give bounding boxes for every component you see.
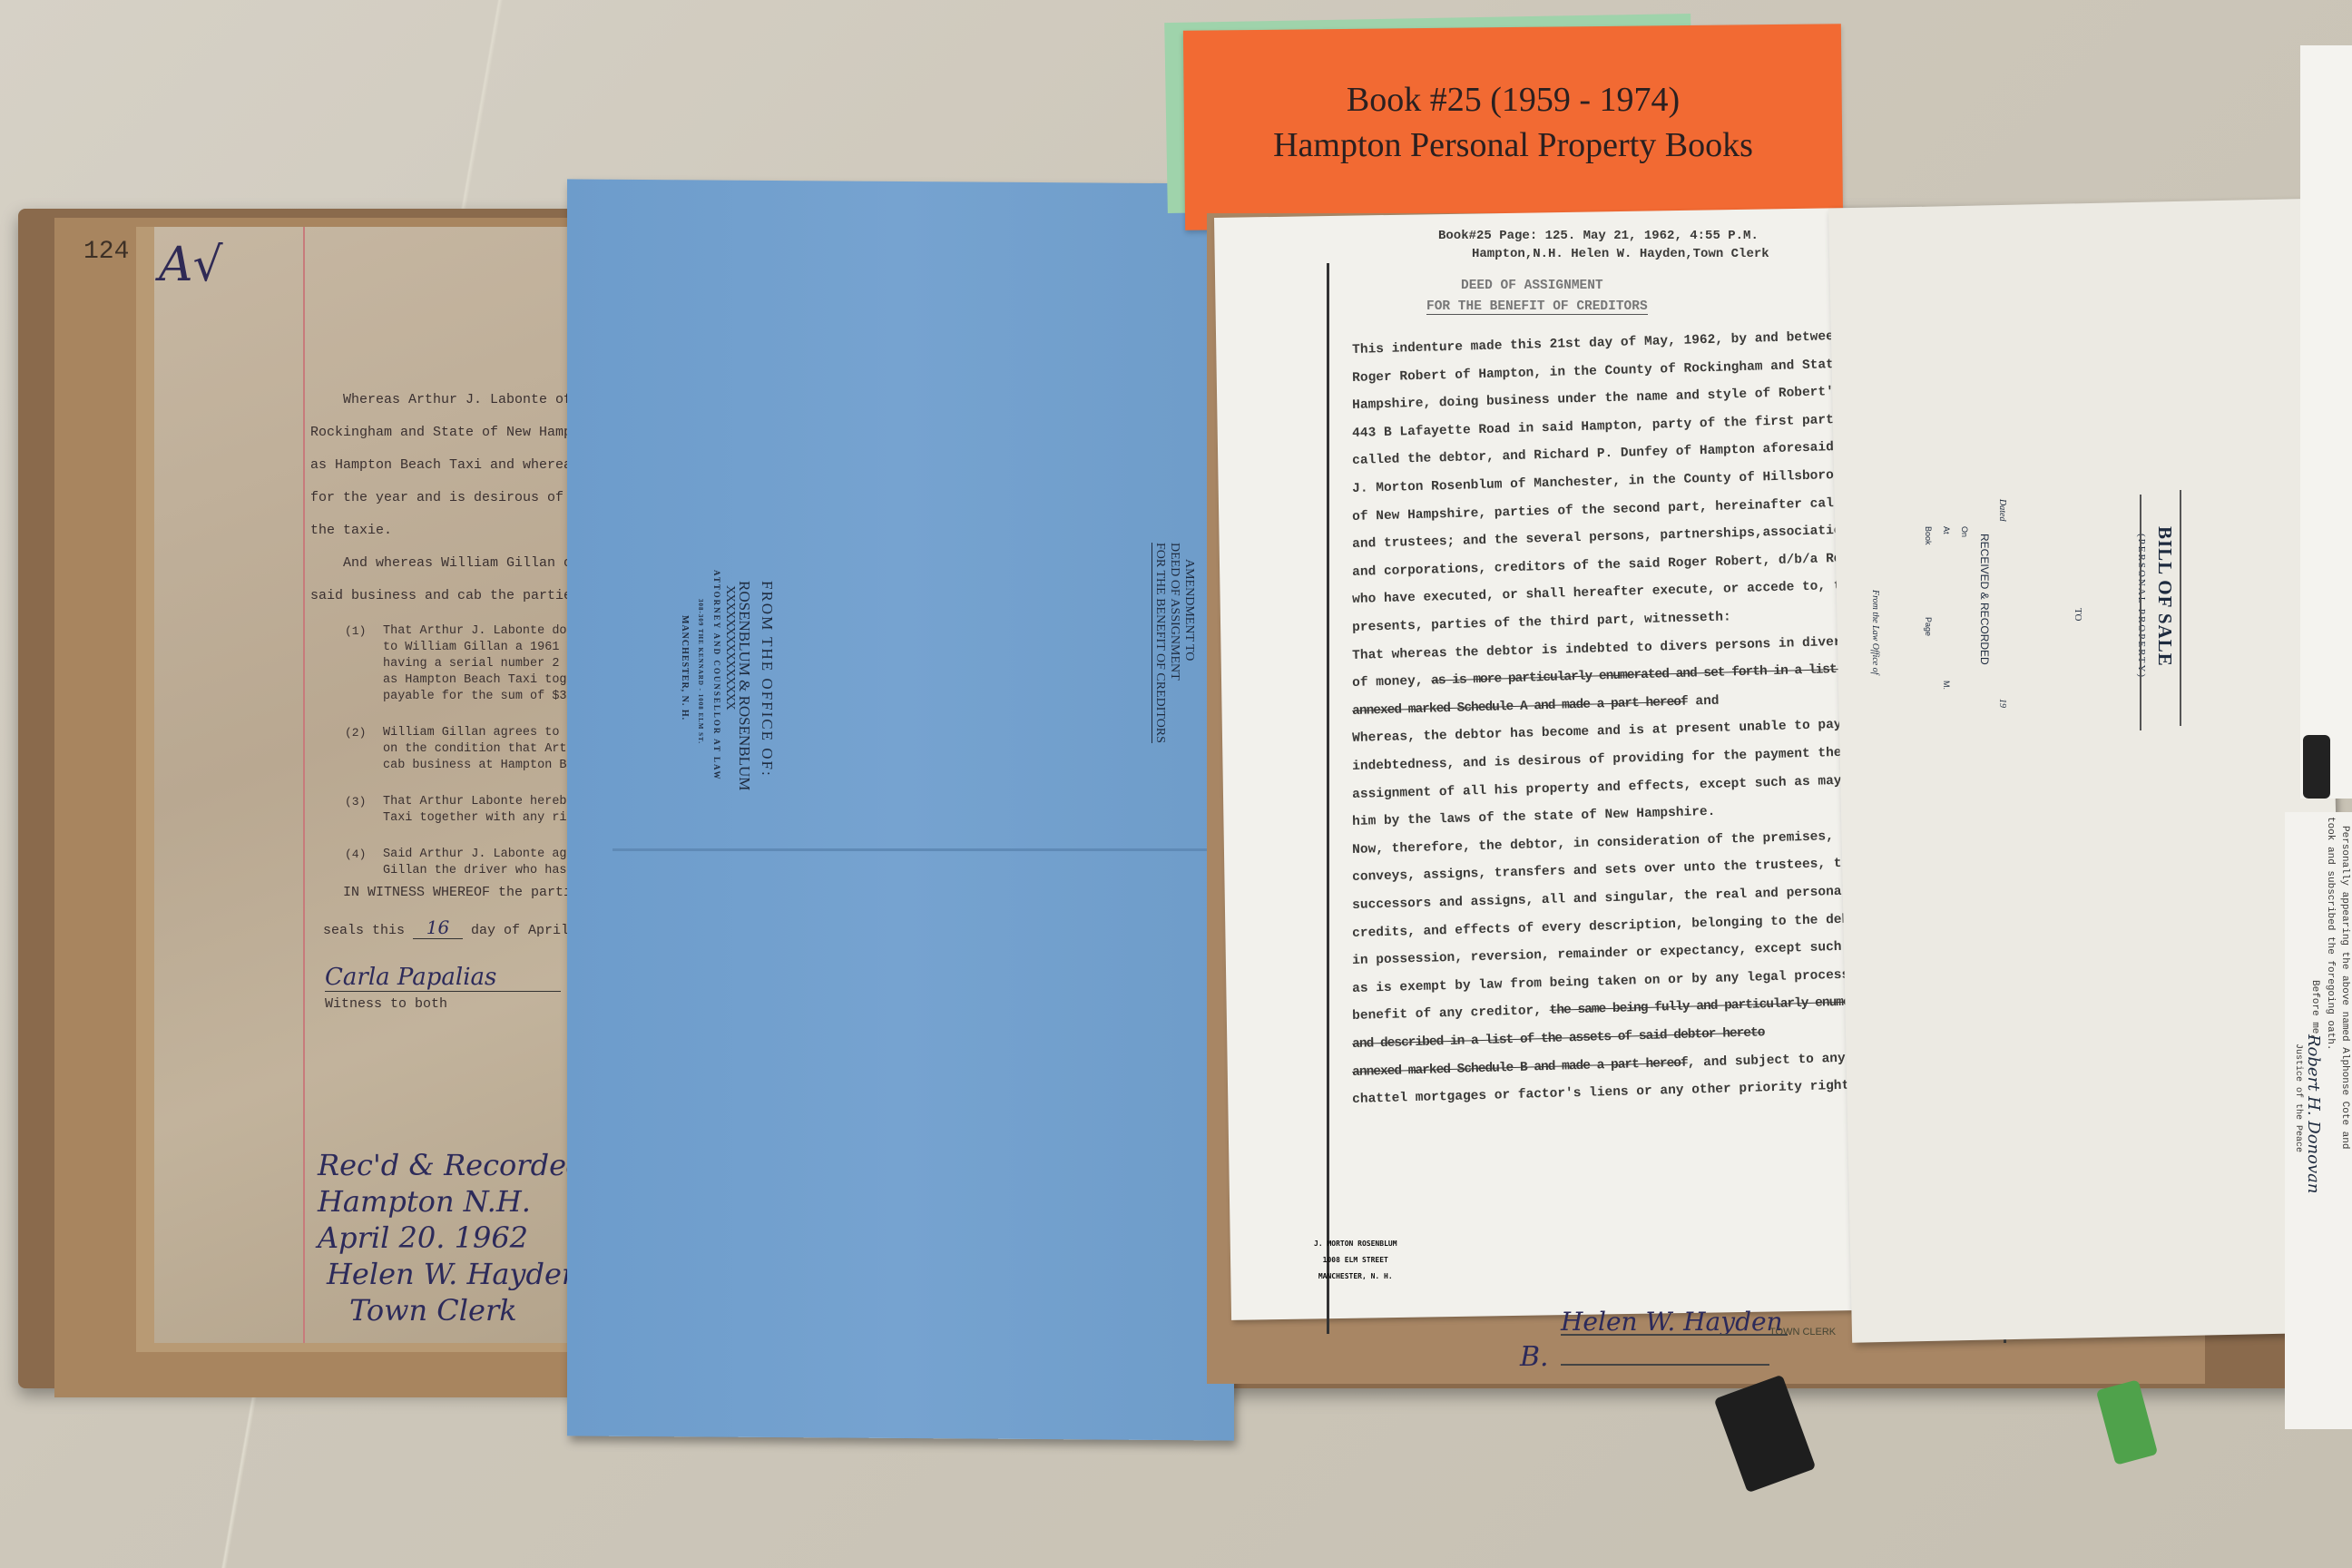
affidavit-line2: took and subscribed the foregoing oath.: [2325, 817, 2336, 1050]
dated-label: Dated: [1997, 499, 2007, 521]
firm-address: 308-309 THE KENNARD - 1008 ELM ST.: [697, 599, 704, 744]
received-recorded-label: RECEIVED & RECORDED: [1978, 534, 1991, 665]
affidavit-line1: Personally appearing the above named Alp…: [2339, 826, 2350, 1149]
clerk-signature-line: [1561, 1334, 1788, 1336]
bill-of-sale-subtitle: (PERSONAL PROPERTY): [2136, 534, 2147, 679]
at-label: At: [1942, 526, 1951, 534]
clause-number: (2): [345, 726, 366, 740]
from-office-label: FROM THE OFFICE OF:: [758, 581, 776, 778]
clerk-signature: Helen W. Hayden: [1561, 1307, 1783, 1337]
recording-stamp-line2: Hampton,N.H. Helen W. Hayden,Town Clerk: [1472, 247, 1769, 261]
law-office-edge-text: From the Law Office of: [1870, 590, 1880, 675]
clerk-caption: TOWN CLERK: [1769, 1327, 1836, 1338]
margin-rule: [1327, 263, 1329, 1334]
clause-number: (3): [345, 795, 366, 808]
firm-name: ROSENBLUM & ROSENBLUM: [735, 581, 753, 790]
bill-of-sale-form: [1828, 199, 2347, 1343]
page-number: 124: [83, 238, 129, 266]
book-number-label: Book #25 (1959 - 1974): [1184, 80, 1842, 120]
deed-title: DEED OF ASSIGNMENT: [1461, 279, 1603, 293]
firm-title: ATTORNEY AND COUNSELLOR AT LAW: [712, 570, 721, 781]
seals-prefix: seals this: [323, 923, 405, 938]
recorded-note-line: April 20. 1962: [318, 1220, 528, 1255]
clause-line: having a serial number 2 E 76: [383, 657, 596, 671]
firm-city: MANCHESTER, N. H.: [680, 615, 690, 720]
deed-subtitle: FOR THE BENEFIT OF CREDITORS: [1426, 299, 1648, 315]
recorded-note-line: Hampton N.H.: [318, 1184, 531, 1219]
firm-name-struck: XXXXXXXXXXXXXXX: [722, 585, 737, 710]
book-collection-label: Hampton Personal Property Books: [1184, 125, 1842, 165]
paper-strip: [2300, 45, 2352, 799]
binder-clip[interactable]: [2303, 735, 2330, 799]
letterhead-street: 1008 ELM STREET: [1314, 1252, 1397, 1269]
year-label: 19: [1997, 699, 2007, 708]
clause-number: (4): [345, 848, 366, 861]
seals-day: 16: [413, 916, 463, 939]
recorded-note-line: Town Clerk: [349, 1293, 517, 1328]
money-prefix: of money,: [1352, 674, 1431, 691]
cover-title-line: AMENDMENT TO: [1181, 559, 1196, 661]
title-rule-right: [2180, 490, 2181, 726]
cover-title-line: FOR THE BENEFIT OF CREDITORS: [1151, 543, 1167, 743]
check-mark-annotation: A√: [159, 238, 223, 292]
agreement-line: the taxie.: [310, 523, 392, 538]
margin-mark: B.: [1520, 1341, 1549, 1373]
attorney-letterhead: J. MORTON ROSENBLUM 1008 ELM STREET MANC…: [1314, 1236, 1397, 1285]
letterhead-city: MANCHESTER, N. H.: [1314, 1269, 1397, 1285]
justice-signature: Robert H. Donovan: [2304, 1034, 2323, 1193]
clause-number: (1): [345, 624, 366, 638]
witness-signature: Carla Papalias: [325, 964, 561, 992]
line-suffix: and: [1688, 694, 1720, 710]
m-label: M.: [1942, 681, 1951, 690]
clause-line: as Hampton Beach Taxi togeth: [383, 673, 589, 687]
recording-stamp-line1: Book#25 Page: 125. May 21, 1962, 4:55 P.…: [1438, 229, 1759, 243]
bill-of-sale-title: BILL OF SALE: [2153, 526, 2176, 667]
agreement-line: Rockingham and State of New Hampshir: [310, 425, 604, 440]
blue-legal-cover: [567, 179, 1234, 1440]
recorded-note-line: Helen W. Hayden: [327, 1257, 581, 1291]
cover-fold-line: [612, 848, 1230, 851]
book-label: Book: [1924, 526, 1933, 545]
justice-caption: Justice of the Peace: [2293, 1044, 2303, 1152]
on-label: On: [1960, 526, 1969, 537]
letterhead-name: J. MORTON ROSENBLUM: [1314, 1236, 1397, 1252]
witness-caption: Witness to both: [325, 996, 447, 1012]
cover-title-line: DEED OF ASSIGNMENT: [1167, 543, 1181, 681]
page-label: Page: [1924, 617, 1933, 636]
agreement-line: as Hampton Beach Taxi and whereas h: [310, 457, 596, 473]
clause-line: cab business at Hampton Beach: [383, 759, 596, 772]
blank-line: [1561, 1364, 1769, 1366]
red-margin-line: [303, 227, 305, 1343]
affidavit-before: Before me,: [2309, 980, 2320, 1040]
to-label: TO: [2073, 608, 2083, 621]
title-rule-left: [2140, 495, 2141, 730]
